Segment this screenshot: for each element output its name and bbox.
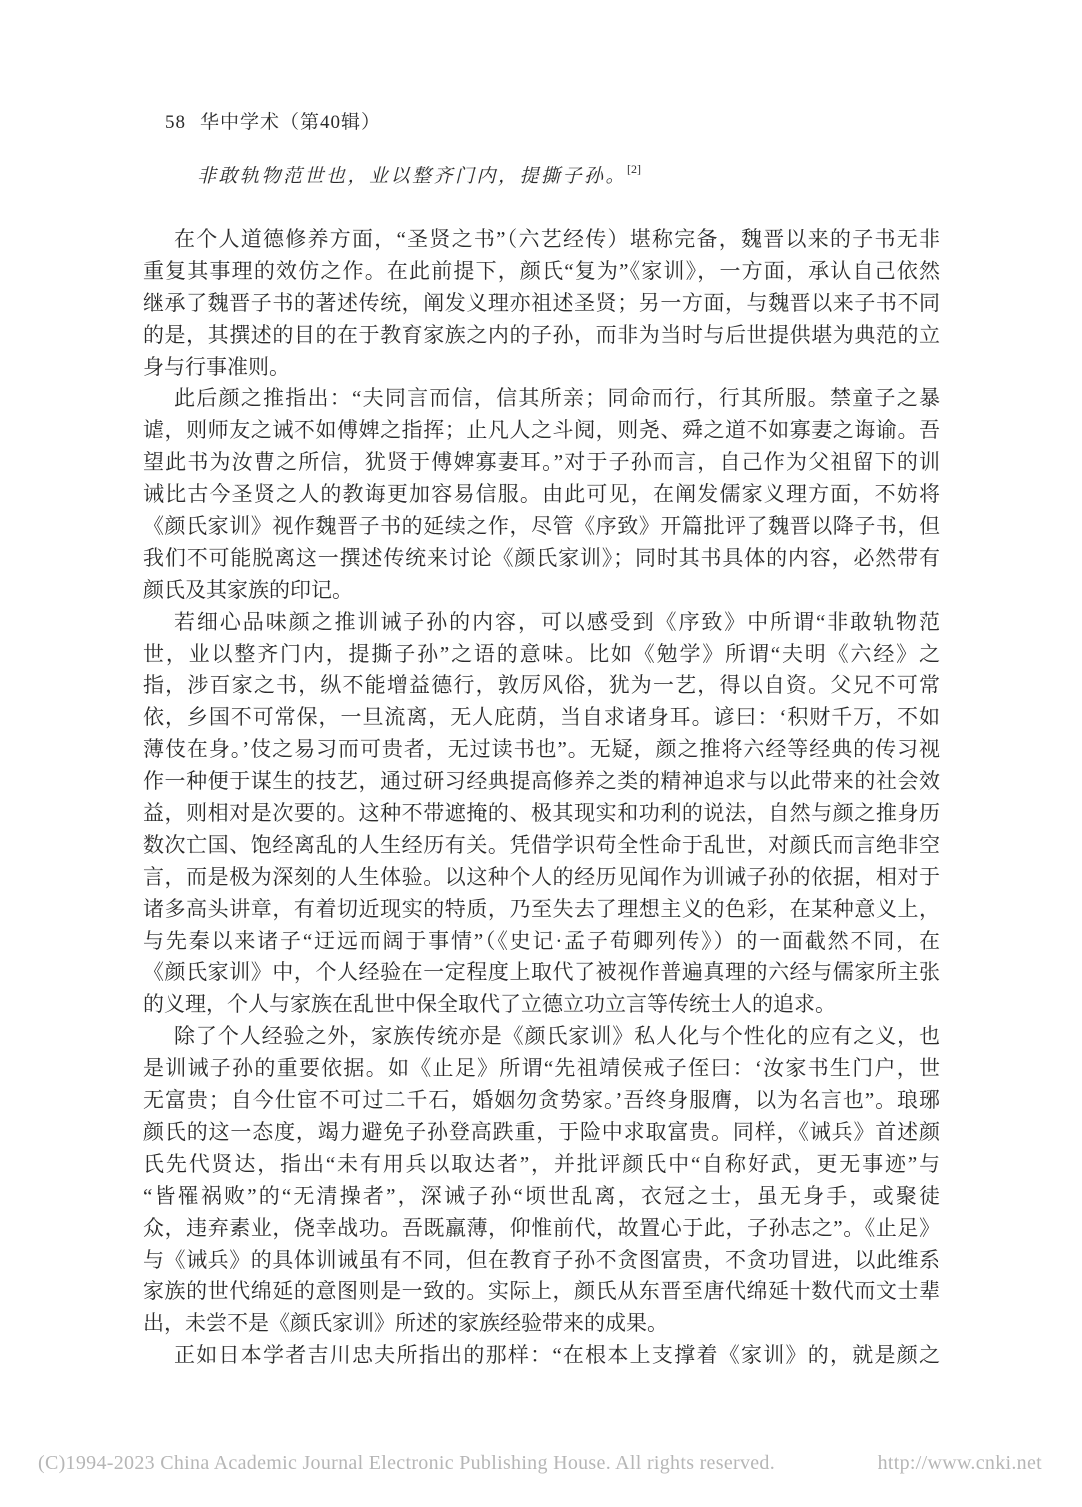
text-line: 正如日本学者吉川忠夫所指出的那样：“在根本上支撑着《家训》的，就是颜之: [143, 1340, 940, 1372]
text-line: 《颜氏家训》中，个人经验在一定程度上取代了被视作普遍真理的六经与儒家所主张: [143, 957, 940, 989]
text-line: 继承了魏晋子书的著述传统，阐发义理亦祖述圣贤；另一方面，与魏晋以来子书不同: [143, 288, 940, 320]
journal-title: 华中学术（第40辑）: [200, 112, 381, 133]
text-line: 此后颜之推指出：“夫同言而信，信其所亲；同命而行，行其所服。禁童子之暴: [143, 383, 940, 415]
text-line: 《颜氏家训》视作魏晋子书的延续之作，尽管《序致》开篇批评了魏晋以降子书，但: [143, 511, 940, 543]
text-line: 的义理，个人与家族在乱世中保全取代了立德立功立言等传统士人的追求。: [143, 989, 940, 1021]
text-line: 的是，其撰述的目的在于教育家族之内的子孙，而非为当时与后世提供堪为典范的立: [143, 320, 940, 352]
text-line: 重复其事理的效仿之作。在此前提下，颜氏“复为”《家训》，一方面，承认自己依然: [143, 256, 940, 288]
text-line: 身与行事准则。: [143, 352, 940, 384]
page-header: 58华中学术（第40辑）: [165, 107, 381, 134]
text-line: 无富贵；自今仕宦不可过二千石，婚姻勿贪势家。’吾终身服膺，以为名言也”。琅琊: [143, 1085, 940, 1117]
text-line: 望此书为汝曹之所信，犹贤于傅婢寡妻耳。”对于子孙而言，自己作为父祖留下的训: [143, 447, 940, 479]
epigraph-text: 非敢轨物范世也，业以整齐门内，提撕子孙。: [197, 166, 627, 187]
text-line: 薄伎在身。’伎之易习而可贵者，无过读书也”。无疑，颜之推将六经等经典的传习视: [143, 734, 940, 766]
text-line: “皆罹祸败”的“无清操者”，深诫子孙“顷世乱离，衣冠之士，虽无身手，或聚徒: [143, 1181, 940, 1213]
paragraph: 除了个人经验之外，家族传统亦是《颜氏家训》私人化与个性化的应有之义，也是训诫子孙…: [143, 1021, 940, 1340]
text-line: 言，而是极为深刻的人生体验。以这种个人的经历见闻作为训诫子孙的依据，相对于: [143, 862, 940, 894]
footnote-ref: [2]: [627, 162, 641, 176]
paragraph: 在个人道德修养方面，“圣贤之书”（六艺经传）堪称完备，魏晋以来的子书无非重复其事…: [143, 224, 940, 383]
article-body: 在个人道德修养方面，“圣贤之书”（六艺经传）堪称完备，魏晋以来的子书无非重复其事…: [143, 224, 940, 1372]
text-line: 出，未尝不是《颜氏家训》所述的家族经验带来的成果。: [143, 1308, 940, 1340]
journal-page: 58华中学术（第40辑） 非敢轨物范世也，业以整齐门内，提撕子孙。[2] 在个人…: [0, 0, 1082, 1507]
text-line: 世，业以整齐门内，提撕子孙”之语的意味。比如《勉学》所谓“夫明《六经》之: [143, 639, 940, 671]
text-line: 若细心品味颜之推训诫子孙的内容，可以感受到《序致》中所谓“非敢轨物范: [143, 607, 940, 639]
text-line: 与《诫兵》的具体训诫虽有不同，但在教育子孙不贪图富贵，不贪功冒进，以此维系: [143, 1245, 940, 1277]
text-line: 除了个人经验之外，家族传统亦是《颜氏家训》私人化与个性化的应有之义，也: [143, 1021, 940, 1053]
text-line: 家族的世代绵延的意图则是一致的。实际上，颜氏从东晋至唐代绵延十数代而文士辈: [143, 1276, 940, 1308]
text-line: 数次亡国、饱经离乱的人生经历有关。凭借学识苟全性命于乱世，对颜氏而言绝非空: [143, 830, 940, 862]
epigraph-quote: 非敢轨物范世也，业以整齐门内，提撕子孙。[2]: [197, 161, 641, 188]
text-line: 众，违弃素业，侥幸战功。吾既羸薄，仰惟前代，故置心于此，子孙志之”。《止足》: [143, 1213, 940, 1245]
watermark-footer: (C)1994-2023 China Academic Journal Elec…: [38, 1452, 1042, 1475]
text-line: 依，乡国不可常保，一旦流离，无人庇荫，当自求诸身耳。谚曰：‘积财千万，不如: [143, 702, 940, 734]
page-number: 58: [165, 112, 186, 133]
paragraph: 若细心品味颜之推训诫子孙的内容，可以感受到《序致》中所谓“非敢轨物范世，业以整齐…: [143, 607, 940, 1022]
paragraph: 此后颜之推指出：“夫同言而信，信其所亲；同命而行，行其所服。禁童子之暴谑，则师友…: [143, 383, 940, 606]
text-line: 诫比古今圣贤之人的教诲更加容易信服。由此可见，在阐发儒家义理方面，不妨将: [143, 479, 940, 511]
text-line: 是训诫子孙的重要依据。如《止足》所谓“先祖靖侯戒子侄曰：‘汝家书生门户，世: [143, 1053, 940, 1085]
text-line: 氏先代贤达，指出“未有用兵以取达者”，并批评颜氏中“自称好武，更无事迹”与: [143, 1149, 940, 1181]
text-line: 与先秦以来诸子“迂远而阔于事情”（《史记·孟子荀卿列传》）的一面截然不同，在: [143, 926, 940, 958]
text-line: 诸多高头讲章，有着切近现实的特质，乃至失去了理想主义的色彩，在某种意义上，: [143, 894, 940, 926]
text-line: 谑，则师友之诫不如傅婢之指挥；止凡人之斗阋，则尧、舜之道不如寡妻之诲谕。吾: [143, 415, 940, 447]
text-line: 颜氏的这一态度，竭力避免子孙登高跌重，于险中求取富贵。同样，《诫兵》首述颜: [143, 1117, 940, 1149]
cnki-url: http://www.cnki.net: [878, 1452, 1042, 1475]
copyright-text: (C)1994-2023 China Academic Journal Elec…: [38, 1452, 775, 1475]
text-line: 指，涉百家之书，纵不能增益德行，敦厉风俗，犹为一艺，得以自资。父兄不可常: [143, 670, 940, 702]
text-line: 作一种便于谋生的技艺，通过研习经典提高修养之类的精神追求与以此带来的社会效: [143, 766, 940, 798]
text-line: 颜氏及其家族的印记。: [143, 575, 940, 607]
text-line: 益，则相对是次要的。这种不带遮掩的、极其现实和功利的说法，自然与颜之推身历: [143, 798, 940, 830]
text-line: 在个人道德修养方面，“圣贤之书”（六艺经传）堪称完备，魏晋以来的子书无非: [143, 224, 940, 256]
text-line: 我们不可能脱离这一撰述传统来讨论《颜氏家训》；同时其书具体的内容，必然带有: [143, 543, 940, 575]
paragraph: 正如日本学者吉川忠夫所指出的那样：“在根本上支撑着《家训》的，就是颜之: [143, 1340, 940, 1372]
